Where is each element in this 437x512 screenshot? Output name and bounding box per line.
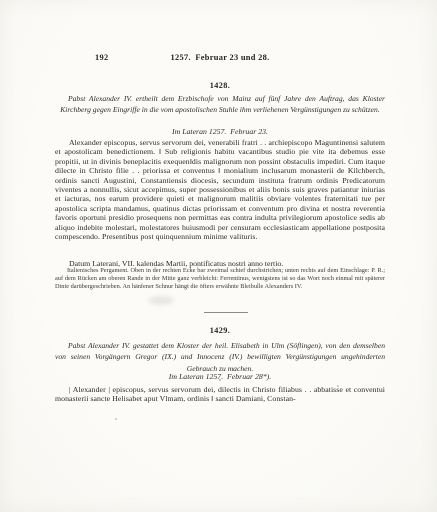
charter-text-1428: Alexander episcopus, servus servorum dei… bbox=[55, 138, 385, 241]
page-number: 192 bbox=[95, 53, 108, 62]
running-head: 192 1257. Februar 23 und 28. bbox=[55, 53, 385, 62]
scan-smudge bbox=[148, 296, 174, 305]
scan-speck bbox=[219, 379, 221, 381]
dateline-1428: Im Lateran 1257. Februar 23. bbox=[55, 127, 385, 136]
regest-1429: Pabst Alexander IV. gestattet dem Kloste… bbox=[55, 340, 385, 374]
section-divider bbox=[204, 312, 248, 313]
entry-number-1429: 1429. bbox=[55, 326, 385, 335]
scan-speck bbox=[115, 418, 117, 420]
entry-number-1428: 1428. bbox=[55, 81, 385, 90]
running-head-title: 1257. Februar 23 und 28. bbox=[171, 53, 270, 62]
archival-note-1428: Italienisches Pergament. Oben in der rec… bbox=[55, 267, 385, 291]
charter-text-1429: | Alexander | episcopus, servus servorum… bbox=[55, 385, 385, 404]
book-page: 192 1257. Februar 23 und 28. 1428. Pabst… bbox=[0, 0, 437, 512]
scan-speck bbox=[337, 385, 339, 387]
regest-1428: Pabst Alexander IV. ertheilt dem Erzbisc… bbox=[55, 93, 385, 116]
